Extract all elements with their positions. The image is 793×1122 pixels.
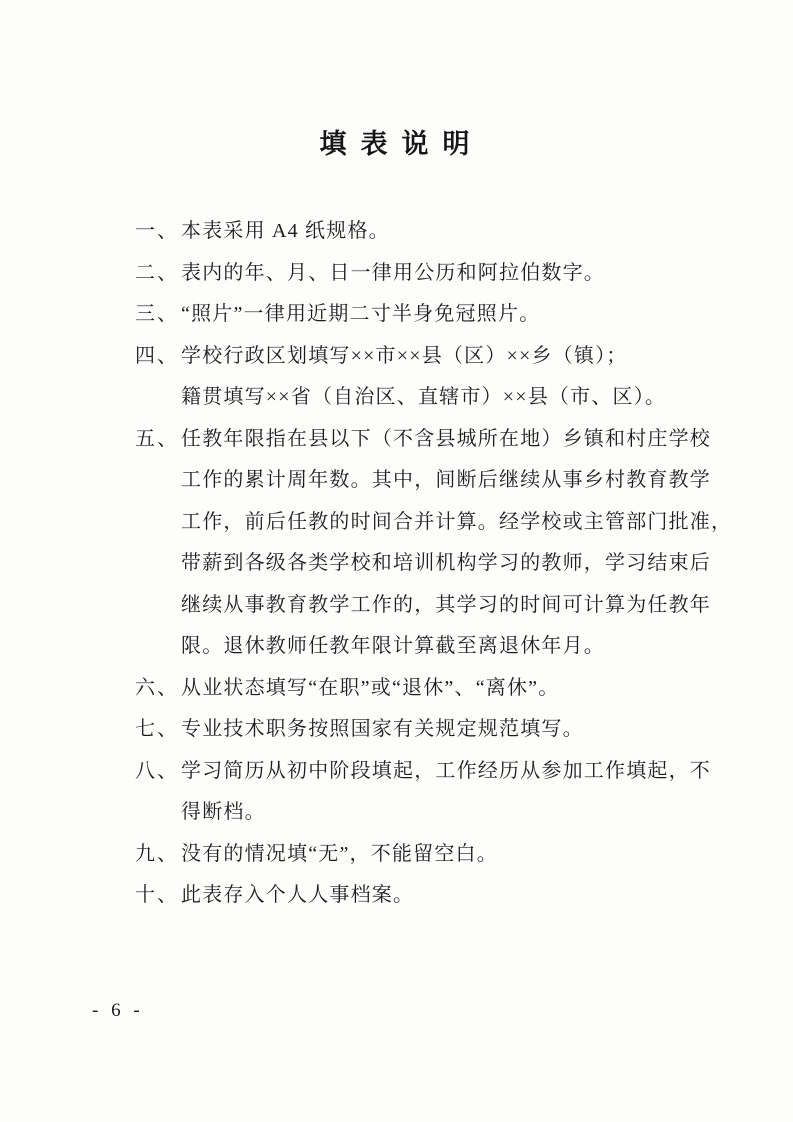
instruction-text: 学习简历从初中阶段填起，工作经历从参加工作填起，不得断档。 bbox=[181, 751, 735, 834]
instruction-text: “照片”一律用近期二寸半身免冠照片。 bbox=[181, 294, 735, 336]
instruction-line: 得断档。 bbox=[181, 792, 735, 834]
instruction-number: 八、 bbox=[135, 751, 181, 793]
instruction-item: 十、 此表存入个人人事档案。 bbox=[135, 875, 735, 917]
instruction-text: 从业状态填写“在职”或“退休”、“离休”。 bbox=[181, 668, 735, 710]
document-page: 填表说明 一、 本表采用 A4 纸规格。 二、 表内的年、月、日一律用公历和阿拉… bbox=[0, 0, 793, 1122]
instruction-line: 本表采用 A4 纸规格。 bbox=[181, 211, 735, 253]
instruction-line: 学校行政区划填写××市××县（区）××乡（镇）； bbox=[181, 336, 735, 378]
instruction-item: 三、 “照片”一律用近期二寸半身免冠照片。 bbox=[135, 294, 735, 336]
instruction-line: 没有的情况填“无”，不能留空白。 bbox=[181, 834, 735, 876]
instruction-item: 一、 本表采用 A4 纸规格。 bbox=[135, 211, 735, 253]
instruction-number: 七、 bbox=[135, 709, 181, 751]
instruction-line: “照片”一律用近期二寸半身免冠照片。 bbox=[181, 294, 735, 336]
instruction-item: 二、 表内的年、月、日一律用公历和阿拉伯数字。 bbox=[135, 253, 735, 295]
instruction-item: 七、 专业技术职务按照国家有关规定规范填写。 bbox=[135, 709, 735, 751]
instruction-line: 限。退休教师任教年限计算截至离退休年月。 bbox=[181, 626, 735, 668]
instruction-number: 三、 bbox=[135, 294, 181, 336]
instruction-number: 九、 bbox=[135, 834, 181, 876]
instruction-line: 学习简历从初中阶段填起，工作经历从参加工作填起，不 bbox=[181, 751, 735, 793]
instruction-line: 工作的累计周年数。其中，间断后继续从事乡村教育教学 bbox=[181, 460, 735, 502]
instruction-line: 籍贯填写××省（自治区、直辖市）××县（市、区）。 bbox=[181, 377, 735, 419]
instruction-line: 工作，前后任教的时间合并计算。经学校或主管部门批准， bbox=[181, 502, 735, 544]
instruction-text: 任教年限指在县以下（不含县城所在地）乡镇和村庄学校工作的累计周年数。其中，间断后… bbox=[181, 419, 735, 668]
instruction-item: 八、 学习简历从初中阶段填起，工作经历从参加工作填起，不得断档。 bbox=[135, 751, 735, 834]
instruction-text: 学校行政区划填写××市××县（区）××乡（镇）；籍贯填写××省（自治区、直辖市）… bbox=[181, 336, 735, 419]
instruction-line: 任教年限指在县以下（不含县城所在地）乡镇和村庄学校 bbox=[181, 419, 735, 461]
instruction-text: 专业技术职务按照国家有关规定规范填写。 bbox=[181, 709, 735, 751]
instruction-number: 一、 bbox=[135, 211, 181, 253]
instruction-item: 五、 任教年限指在县以下（不含县城所在地）乡镇和村庄学校工作的累计周年数。其中，… bbox=[135, 419, 735, 668]
instruction-item: 九、 没有的情况填“无”，不能留空白。 bbox=[135, 834, 735, 876]
instruction-text: 表内的年、月、日一律用公历和阿拉伯数字。 bbox=[181, 253, 735, 295]
instruction-line: 此表存入个人人事档案。 bbox=[181, 875, 735, 917]
instruction-line: 继续从事教育教学工作的，其学习的时间可计算为任教年 bbox=[181, 585, 735, 627]
page-title: 填表说明 bbox=[0, 122, 793, 161]
instruction-item: 六、 从业状态填写“在职”或“退休”、“离休”。 bbox=[135, 668, 735, 710]
instruction-text: 此表存入个人人事档案。 bbox=[181, 875, 735, 917]
instruction-number: 二、 bbox=[135, 253, 181, 295]
instruction-list: 一、 本表采用 A4 纸规格。 二、 表内的年、月、日一律用公历和阿拉伯数字。 … bbox=[135, 211, 735, 917]
page-number: - 6 - bbox=[92, 1000, 144, 1022]
instruction-line: 带薪到各级各类学校和培训机构学习的教师，学习结束后 bbox=[181, 543, 735, 585]
instruction-number: 六、 bbox=[135, 668, 181, 710]
instruction-item: 四、 学校行政区划填写××市××县（区）××乡（镇）；籍贯填写××省（自治区、直… bbox=[135, 336, 735, 419]
instruction-text: 没有的情况填“无”，不能留空白。 bbox=[181, 834, 735, 876]
instruction-number: 四、 bbox=[135, 336, 181, 378]
instruction-number: 十、 bbox=[135, 875, 181, 917]
instruction-line: 专业技术职务按照国家有关规定规范填写。 bbox=[181, 709, 735, 751]
instruction-number: 五、 bbox=[135, 419, 181, 461]
instruction-line: 表内的年、月、日一律用公历和阿拉伯数字。 bbox=[181, 253, 735, 295]
instruction-text: 本表采用 A4 纸规格。 bbox=[181, 211, 735, 253]
instruction-line: 从业状态填写“在职”或“退休”、“离休”。 bbox=[181, 668, 735, 710]
